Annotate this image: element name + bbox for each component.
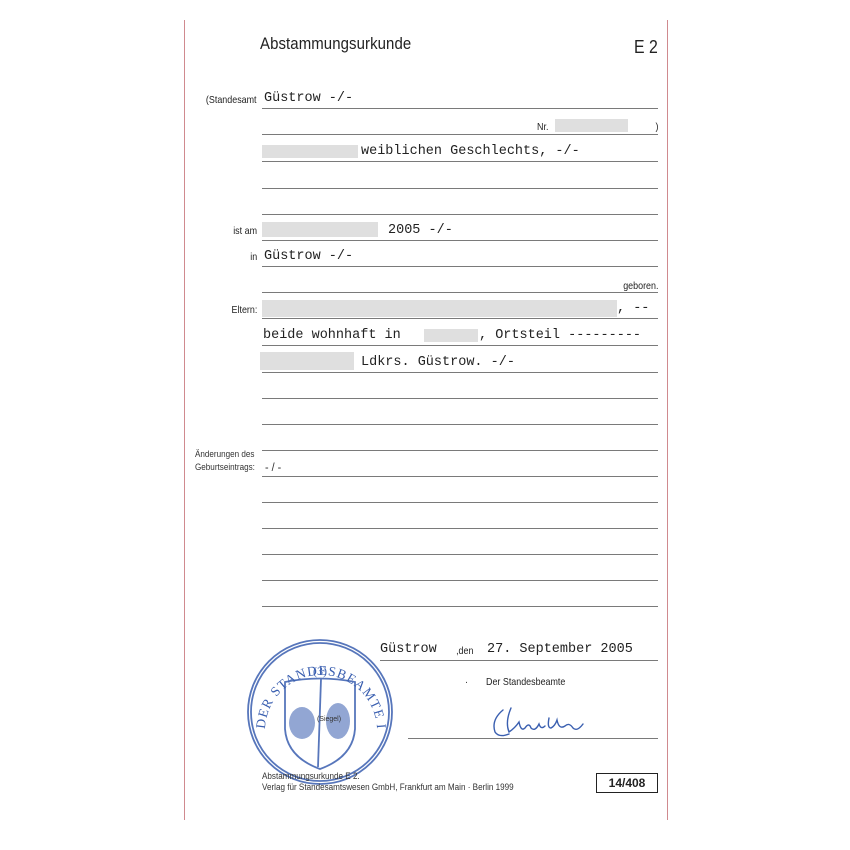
official-seal-stamp: DER STANDESBEAMTE IN GÜSTROW (3) (Siegel…	[245, 637, 395, 787]
den-label: ,den	[456, 645, 473, 657]
residence-suffix: , Ortsteil ---------	[479, 328, 641, 343]
form-line	[262, 528, 658, 529]
eltern-label: Eltern:	[231, 304, 257, 316]
birth-place-value: Güstrow -/-	[264, 249, 353, 264]
form-line	[262, 108, 658, 109]
in-label: in	[250, 251, 257, 263]
form-line	[262, 161, 658, 162]
district-text: Ldkrs. Güstrow. -/-	[361, 355, 515, 370]
form-line	[262, 240, 658, 241]
form-line	[262, 424, 658, 425]
geboren-label: geboren.	[623, 280, 658, 292]
certificate-page: Abstammungsurkunde E 2 (Standesamt Güstr…	[0, 0, 850, 850]
form-line	[262, 266, 658, 267]
form-line	[262, 476, 658, 477]
register-number: 14/408	[596, 773, 658, 793]
nr-close: )	[655, 121, 658, 133]
form-code: E 2	[634, 37, 658, 58]
footer-form-name: Abstammungsurkunde E 2.	[262, 771, 360, 781]
form-line	[262, 606, 658, 607]
gender-text: weiblichen Geschlechts, -/-	[361, 144, 580, 159]
ist-am-label: ist am	[233, 225, 257, 237]
changes-label-1: Änderungen des	[195, 449, 254, 459]
redacted-town	[424, 329, 478, 342]
form-line	[262, 188, 658, 189]
right-margin-rule	[667, 20, 668, 820]
redacted-parents	[262, 300, 617, 317]
form-line	[262, 502, 658, 503]
changes-value: - / -	[265, 460, 281, 474]
form-line	[262, 450, 658, 451]
dot-mark: ·	[465, 676, 468, 688]
form-line	[262, 318, 658, 319]
eltern-suffix: , --	[617, 301, 649, 316]
form-line	[262, 345, 658, 346]
birth-date-value: 2005 -/-	[388, 223, 453, 238]
svg-text:(3): (3)	[313, 664, 327, 678]
svg-text:(Siegel): (Siegel)	[317, 716, 341, 723]
date-line	[380, 660, 658, 661]
standesamt-value: Güstrow -/-	[264, 91, 353, 106]
form-line	[262, 554, 658, 555]
left-margin-rule	[184, 20, 185, 820]
residence-prefix: beide wohnhaft in	[263, 328, 401, 343]
handwritten-signature	[485, 698, 595, 743]
standesamt-label: (Standesamt	[206, 94, 257, 106]
redacted-name	[262, 145, 358, 158]
redacted-district	[260, 352, 354, 370]
form-line	[262, 134, 658, 135]
form-line	[262, 372, 658, 373]
form-line	[262, 580, 658, 581]
date-value: 27. September 2005	[487, 642, 633, 657]
official-label: Der Standesbeamte	[486, 676, 565, 688]
footer-publisher: Verlag für Standesamtswesen GmbH, Frankf…	[262, 782, 514, 792]
form-line	[262, 292, 658, 293]
form-line	[262, 214, 658, 215]
form-line	[262, 398, 658, 399]
redacted-birth-date	[262, 222, 378, 237]
document-title: Abstammungsurkunde	[260, 34, 411, 54]
redacted-nr	[555, 119, 628, 132]
nr-label: Nr.	[537, 121, 548, 133]
changes-label-2: Geburtseintrags:	[195, 462, 255, 472]
